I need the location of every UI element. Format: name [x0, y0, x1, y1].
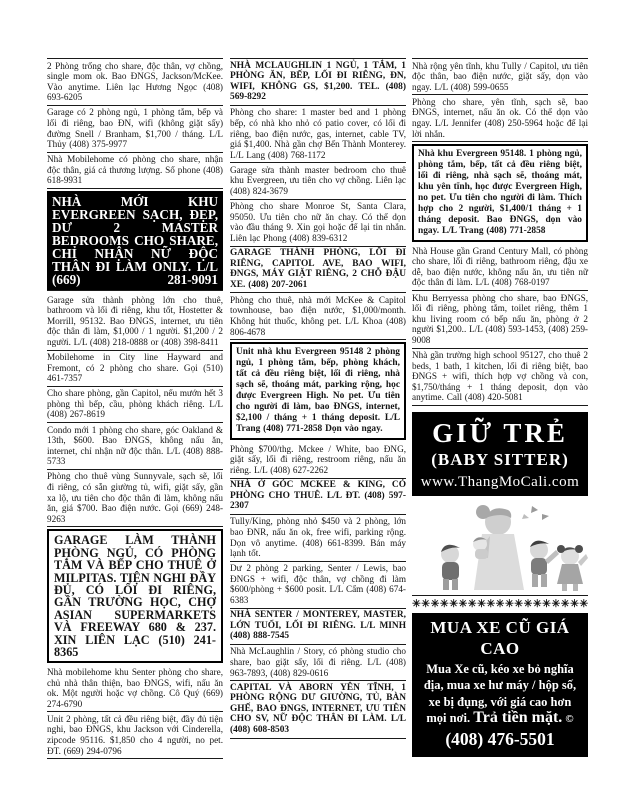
classified-ad: Dư 2 phòng 2 parking, Senter / Lewis, ba… [230, 562, 406, 609]
classified-ad: Garage có 2 phòng ngủ, 1 phòng tắm, bếp … [47, 106, 223, 153]
classified-ad: NHÀ Ở GÓC MCKEE & KING, CÓ PHÒNG CHO THU… [230, 479, 406, 515]
car-ad-body: Mua Xe cũ, kéo xe bỏ nghĩa địa, mua xe h… [418, 661, 582, 728]
classified-ad: Nhà House gần Grand Century Mall, có phò… [412, 244, 588, 291]
column-left: 2 Phòng trống cho share, độc thân, vợ ch… [47, 58, 223, 759]
classified-ad: Phòng cho thuê vùng Sunnyvale, sạch sẽ, … [47, 470, 223, 527]
classified-ad: Phòng cho share Monroe St, Santa Clara, … [230, 200, 406, 247]
car-ad-cash-text: Trả tiền mặt. [473, 709, 562, 726]
column-middle: NHÀ MCLAUGHLIN 1 NGỦ, 1 TẮM, 1 PHÒNG ĂN,… [230, 58, 406, 739]
car-ad-title: MUA XE CŨ GIÁ CAO [418, 617, 582, 659]
classified-ad: Nhà Mobilehome có phòng cho share, nhận … [47, 153, 223, 189]
classified-ad: Phòng $700/thg. Mckee / White, bao ĐNG, … [230, 442, 406, 478]
car-ad-phone: (408) 476-5501 [418, 729, 582, 750]
column-right: Nhà rộng yên tĩnh, khu Tully / Capitol, … [412, 58, 588, 757]
classified-ad: Nhà McLaughlin / Story, có phòng studio … [230, 645, 406, 681]
classified-ad: Unit 2 phòng, tất cả đều riêng biệt, đầy… [47, 712, 223, 759]
classified-ad: CAPITAL VÀ ABORN YÊN TĨNH, 1 PHÒNG RỘNG … [230, 681, 406, 738]
children-clipart [412, 496, 588, 592]
classified-ad: Nhà khu Evergreen 95148. 1 phòng ngủ, ph… [412, 144, 588, 242]
babysitter-ad: GIỮ TRẺ (BABY SITTER) www.ThangMoCali.co… [412, 412, 588, 496]
classified-ad: NHÀ MỚI KHU EVERGREEN SẠCH, ĐẸP, DƯ 2 MA… [47, 191, 223, 291]
classified-ad: Nhà rộng yên tĩnh, khu Tully / Capitol, … [412, 59, 588, 95]
classified-ad: NHÀ SENTER / MONTEREY, MASTER, LỚN TUỔI,… [230, 609, 406, 645]
classified-ad: Unit nhà khu Evergreen 95148 2 phòng ngủ… [230, 342, 406, 440]
classified-ad: Phòng cho thuê, nhà mới McKee & Capitol … [230, 293, 406, 340]
classified-ad: 2 Phòng trống cho share, độc thân, vợ ch… [47, 59, 223, 106]
asterisk-divider: ✳✳✳✳✳✳✳✳✳✳✳✳✳✳✳✳✳✳✳✳ [412, 596, 588, 613]
babysitter-subtitle: (BABY SITTER) [416, 450, 584, 470]
classified-ad: Tully/King, phòng nhỏ $450 và 2 phòng, l… [230, 515, 406, 562]
phone-dial-icon: © [565, 713, 573, 725]
children-clipart-image [412, 502, 588, 592]
classified-ad: Cho share phòng, gần Capitol, nếu mướn h… [47, 387, 223, 423]
classified-ad: GARAGE LÀM THÀNH PHÒNG NGỦ, CÓ PHÒNG TẮM… [47, 529, 223, 663]
classified-ad: Phòng cho share, yên tĩnh, sạch sẽ, bao … [412, 95, 588, 142]
babysitter-title: GIỮ TRẺ [416, 419, 584, 447]
classified-ad: Garage sửa thành master bedroom cho thuê… [230, 163, 406, 199]
right-ads-list: Nhà rộng yên tĩnh, khu Tully / Capitol, … [412, 59, 588, 406]
babysitter-url: www.ThangMoCali.com [416, 474, 584, 491]
classified-ad: Nhà gần trường high school 95127, cho th… [412, 349, 588, 406]
classified-ad: Garage sửa thành phòng lớn cho thuê, bat… [47, 293, 223, 350]
classified-ad: Condo mới 1 phòng cho share, góc Oakland… [47, 423, 223, 470]
car-buying-ad: MUA XE CŨ GIÁ CAO Mua Xe cũ, kéo xe bỏ n… [412, 613, 588, 757]
classified-ad: Khu Berryessa phòng cho share, bao ĐNGS,… [412, 291, 588, 348]
classified-ad: Nhà mobilehome khu Senter phòng cho shar… [47, 665, 223, 712]
classified-ad: Mobilehome in City line Hayward and Frem… [47, 351, 223, 387]
classified-ad: GARAGE THÀNH PHÒNG, LỐI ĐI RIÊNG, CAPITO… [230, 247, 406, 294]
classifieds-page: 2 Phòng trống cho share, độc thân, vợ ch… [0, 0, 618, 800]
classified-ad: Phòng cho share: 1 master bed and 1 phòn… [230, 106, 406, 163]
classified-ad: NHÀ MCLAUGHLIN 1 NGỦ, 1 TẮM, 1 PHÒNG ĂN,… [230, 59, 406, 106]
